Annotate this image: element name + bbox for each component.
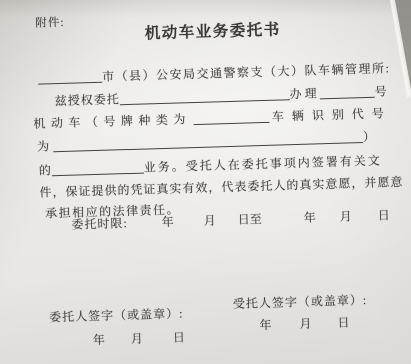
authorize-prefix: 兹授权委托	[55, 92, 120, 108]
authorize-mid: 办理	[289, 86, 319, 101]
blank-plate-type-field	[193, 122, 269, 125]
agent-date-line: 年月日	[259, 316, 349, 334]
vin-line: 为）	[37, 130, 375, 155]
period-day-to: 日	[378, 208, 390, 222]
vehicle-line: 机动车（号牌种类为车辆识别代号	[33, 106, 392, 132]
recipient-office-text: 市（县）公安局交通警察支（大）队车辆管理所:	[102, 61, 391, 84]
form-content: 附件: 机动车业务委托书 市（县）公安局交通警察支（大）队车辆管理所: 兹授权委…	[26, 0, 408, 364]
blank-city-field	[38, 82, 102, 85]
recipient-line: 市（县）公安局交通警察支（大）队车辆管理所:	[38, 61, 391, 86]
vehicle-suffix: 车辆识别代号	[272, 106, 392, 124]
principal-signature-label: 委托人签字（或盖章）:	[49, 306, 184, 325]
authorize-line: 兹授权委托办理号	[55, 84, 388, 109]
title-row: 机动车业务委托书	[27, 18, 411, 46]
period-day-from: 日至	[238, 212, 262, 227]
vin-prefix: 为	[37, 139, 50, 153]
principal-date-line: 年月日	[93, 330, 185, 348]
business-suffix: 业务。受托人在委托事项内签署有关文	[144, 154, 382, 175]
authorize-suffix: 号	[374, 84, 387, 98]
period-label: 委托时限:	[71, 216, 128, 232]
period-year-to: 年	[304, 210, 316, 224]
business-line: 的业务。受托人在委托事项内签署有关文	[39, 154, 382, 179]
vehicle-prefix: 机动车（号牌种类为	[33, 112, 191, 131]
period-year-from: 年	[162, 215, 174, 229]
blank-vin-field	[53, 142, 363, 152]
agent-day: 日	[337, 316, 349, 330]
photo-of-document: 附件: 机动车业务委托书 市（县）公安局交通警察支（大）队车辆管理所: 兹授权委…	[0, 0, 411, 364]
agent-year: 年	[259, 318, 271, 332]
vin-close-paren: ）	[363, 130, 375, 144]
agent-signature-label: 受托人签字（或盖章）:	[233, 293, 368, 312]
pledge-text: 件，保证提供的凭证真实有效，代表委托人的真实意愿，并愿意	[39, 175, 403, 201]
blank-plate-number-field	[320, 97, 375, 100]
agent-month: 月	[299, 317, 311, 331]
period-month-to: 月	[340, 209, 352, 223]
period-month-from: 月	[204, 213, 216, 227]
document-title: 机动车业务委托书	[145, 21, 281, 42]
principal-day: 日	[173, 330, 185, 344]
business-prefix: 的	[39, 163, 52, 177]
blank-agent-name-field	[120, 99, 290, 105]
principal-year: 年	[93, 333, 105, 347]
blank-business-type-field	[52, 173, 144, 177]
principal-month: 月	[131, 332, 143, 346]
